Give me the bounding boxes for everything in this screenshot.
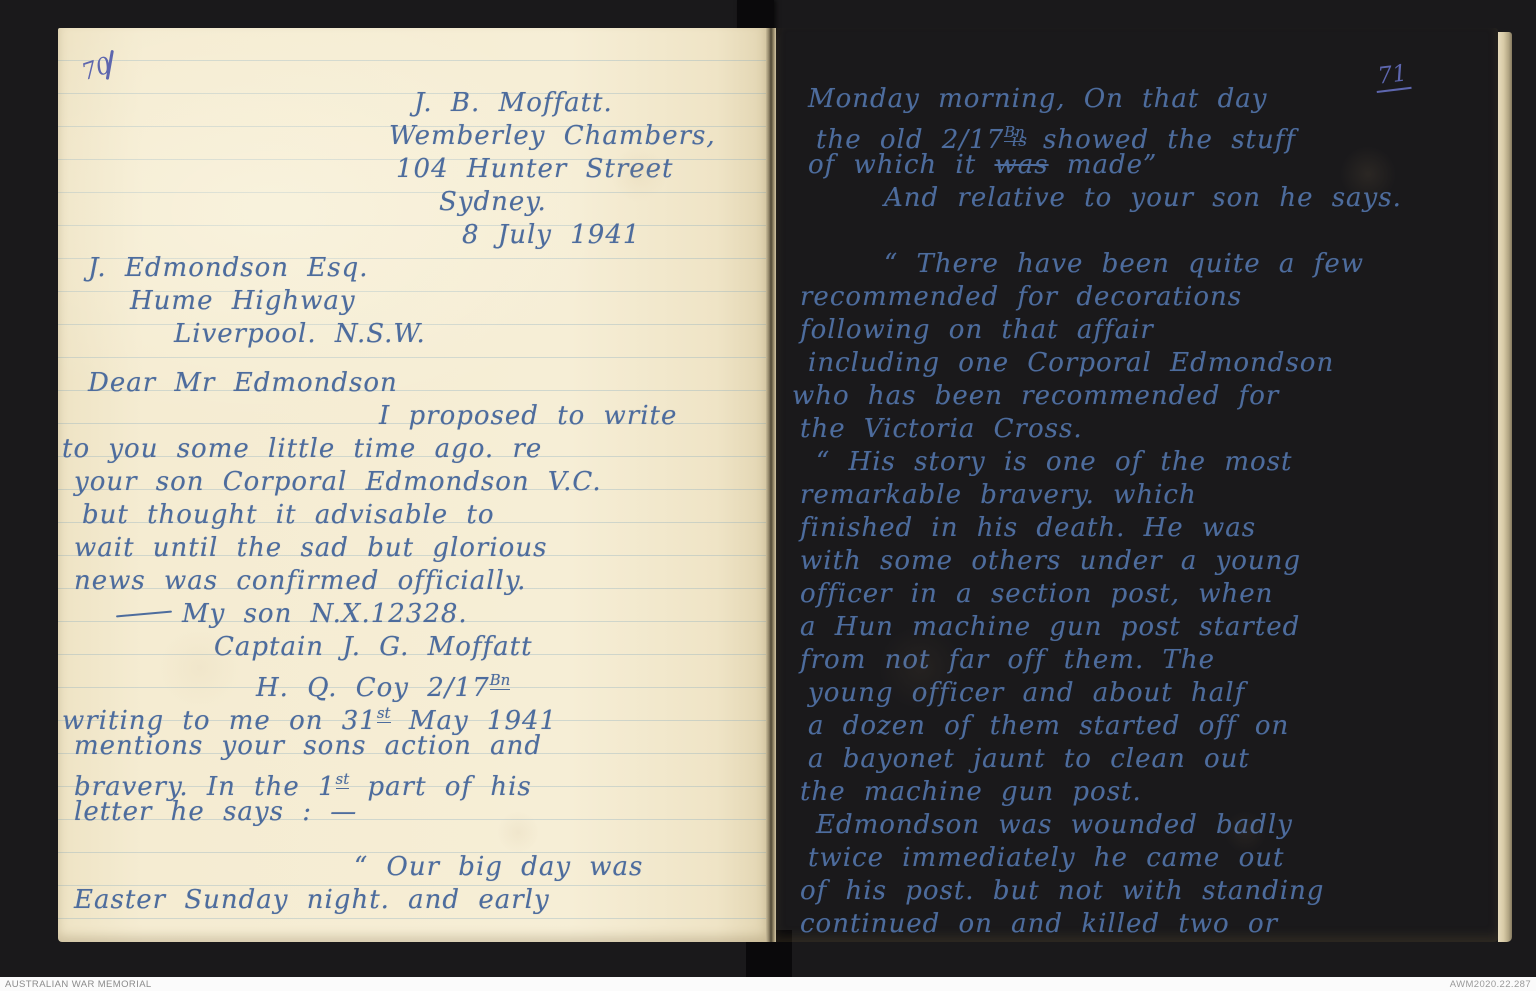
left-page-handwriting: J. B. Moffatt. Wemberley Chambers, 104 H…	[74, 88, 762, 918]
handwritten-line: the machine gun post.	[800, 777, 1494, 810]
handwritten-line: to you some little time ago. re	[62, 434, 762, 467]
handwritten-line: officer in a section post, when	[800, 579, 1494, 612]
sender-address-line: Sydney.	[439, 187, 762, 220]
handwritten-line: mentions your sons action and	[74, 731, 762, 764]
superscript-bn: Bn	[490, 671, 511, 690]
handwritten-line: news was confirmed officially.	[74, 566, 762, 599]
handwritten-line: My son N.X.12328.	[116, 599, 762, 632]
page-number-left: 70	[78, 50, 116, 88]
handwritten-line: the old 2/17Bn showed the stuff	[816, 117, 1494, 150]
salutation-line: Dear Mr Edmondson	[88, 368, 762, 401]
catalog-bar: AUSTRALIAN WAR MEMORIAL AWM2020.22.287	[0, 977, 1536, 991]
inserted-word: is	[1012, 133, 1028, 150]
handwritten-line: of his post. but not with standing	[800, 876, 1494, 909]
right-page: 71 Monday morning, On that day the old 2…	[776, 28, 1498, 942]
handwritten-line: recommended for decorations	[800, 282, 1494, 315]
letter-date-line: 8 July 1941	[462, 220, 762, 253]
recipient-name-line: J. Edmondson Esq.	[88, 253, 762, 286]
left-page: 70 J. B. Moffatt. Wemberley Chambers, 10…	[58, 28, 766, 942]
right-page-handwriting: Monday morning, On that day the old 2/17…	[792, 84, 1494, 942]
handwritten-line: with some others under a young	[800, 546, 1494, 579]
handwritten-line: “ His story is one of the most	[816, 447, 1494, 480]
handwritten-line: I proposed to write	[379, 401, 762, 434]
handwritten-line: young officer and about half	[808, 678, 1494, 711]
handwritten-line: who has been recommended for	[792, 381, 1494, 414]
handwritten-line: twice immediately he came out	[808, 843, 1494, 876]
handwritten-line: a bayonet jaunt to clean out	[808, 744, 1494, 777]
handwritten-line: bravery. In the 1st part of his	[74, 764, 762, 797]
handwritten-line: wait until the sad but glorious	[74, 533, 762, 566]
handwritten-line: And relative to your son he says.	[884, 183, 1494, 216]
handwritten-line: a dozen of them started off on	[808, 711, 1494, 744]
handwritten-line: including one Corporal Edmondson	[808, 348, 1494, 381]
blank-space	[74, 830, 762, 852]
book-spine	[766, 28, 776, 942]
pen-dash-stroke	[116, 611, 172, 618]
handwritten-line: Easter Sunday night. and early	[74, 885, 762, 918]
handwritten-line: H. Q. Coy 2/17Bn	[256, 665, 762, 698]
handwritten-line: following on that affair	[800, 315, 1494, 348]
superscript-st: st	[377, 704, 391, 723]
page-edges-right	[1498, 32, 1512, 942]
institution-label: AUSTRALIAN WAR MEMORIAL	[5, 979, 152, 990]
page-edges-left	[30, 32, 60, 942]
sender-address-line: Wemberley Chambers,	[389, 121, 762, 154]
handwritten-line: remarkable bravery. which	[800, 480, 1494, 513]
handwritten-line: from not far off them. The	[800, 645, 1494, 678]
handwritten-line: Captain J. G. Moffatt	[214, 632, 762, 665]
handwritten-line: “ There have been quite a few	[884, 249, 1494, 282]
recipient-address-line: Liverpool. N.S.W.	[174, 319, 762, 352]
handwritten-line: finished in his death. He was	[800, 513, 1494, 546]
handwritten-line: but thought it advisable to	[82, 500, 762, 533]
notebook-spread: 70 J. B. Moffatt. Wemberley Chambers, 10…	[30, 28, 1512, 942]
blank-space	[74, 352, 762, 368]
handwritten-line: continued on and killed two or	[800, 909, 1494, 942]
catalog-number: AWM2020.22.287	[1450, 979, 1531, 990]
sender-name-line: J. B. Moffatt.	[414, 88, 762, 121]
handwritten-line: of which it iswas made”	[808, 150, 1494, 183]
struck-word: was	[994, 150, 1048, 180]
page-number-right: 71	[1373, 60, 1412, 93]
recipient-address-line: Hume Highway	[130, 286, 762, 319]
handwritten-line: your son Corporal Edmondson V.C.	[74, 467, 762, 500]
handwritten-line: the Victoria Cross.	[800, 414, 1494, 447]
sender-address-line: 104 Hunter Street	[396, 154, 762, 187]
handwritten-line: “ Our big day was	[354, 852, 762, 885]
handwritten-line: writing to me on 31st May 1941	[62, 698, 762, 731]
inline-correction: iswas	[994, 150, 1048, 181]
handwritten-line: Edmondson was wounded badly	[816, 810, 1494, 843]
superscript-st: st	[336, 770, 350, 789]
blank-space	[792, 216, 1494, 249]
handwritten-line: a Hun machine gun post started	[800, 612, 1494, 645]
